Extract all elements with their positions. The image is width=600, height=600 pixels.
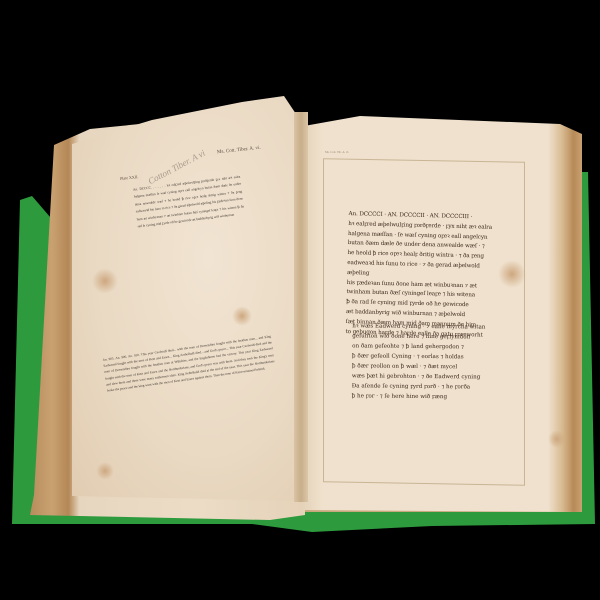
foxing-stain (498, 260, 526, 288)
foxing-stain (232, 306, 252, 326)
running-head: Ms. Cott. Tib. A. vi. (325, 150, 349, 154)
photo-scene: Ms. Cott. Tiber. A. vi. Plate XXII. Cott… (0, 0, 600, 600)
foxing-stain (92, 268, 118, 294)
foxing-stain (96, 462, 114, 480)
book-gutter (294, 112, 308, 502)
foxing-stain (548, 430, 566, 448)
manuscript-facsimile-text-b: hꝛ wæs Eadwerd cyning · ⁊ ealle myrcna w… (352, 321, 503, 402)
